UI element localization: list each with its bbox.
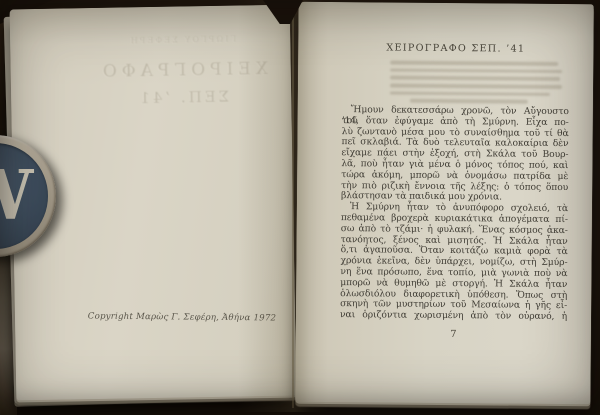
smudge-line [390,84,562,89]
body-text: Ἤμουν δεκατεσσάρω χρονῶ, τὸν Αὔγουστο το… [340,105,569,323]
page-number: 7 [340,328,567,341]
show-through-author: ΓΙΩΡΓΟΥ ΣΕΦΕΡΗ [62,33,302,46]
smudge-line [390,68,562,73]
show-through-text: ΓΙΩΡΓΟΥ ΣΕΦΕΡΗ ΧΕΙΡΟΓΡΑΦΟ ΣΕΠ. ’41 [62,33,303,108]
show-through-smudge [390,61,562,109]
wordpress-logo-icon: W [0,143,48,249]
right-page: ΧΕΙΡΟΓΡΑΦΟ ΣΕΠ. ’41 Ἤμουν δεκατεσσάρω χρ… [295,2,593,405]
photo-open-book: ΓΙΩΡΓΟΥ ΣΕΦΕΡΗ ΧΕΙΡΟΓΡΑΦΟ ΣΕΠ. ’41 Copyr… [0,0,600,415]
show-through-subtitle: ΣΕΠ. ’41 [63,86,303,108]
wordpress-w-glyph: W [0,156,35,236]
show-through-title: ΧΕΙΡΟΓΡΑΦΟ [63,58,303,82]
page-header: ΧΕΙΡΟΓΡΑΦΟ ΣΕΠ. ’41 [342,42,569,55]
copyright-line: Copyright Μαρὼς Γ. Σεφέρη, Ἀθήνα 1972 [62,311,302,324]
smudge-line [390,76,560,81]
smudge-line [390,61,558,66]
wordpress-badge: W [0,135,56,257]
smudge-line [410,99,528,104]
text-line: ναι ὁριζόντια χωρισμένη ἀπὸ τὸν οὐρανό, … [340,310,567,323]
smudge-line [390,91,550,96]
